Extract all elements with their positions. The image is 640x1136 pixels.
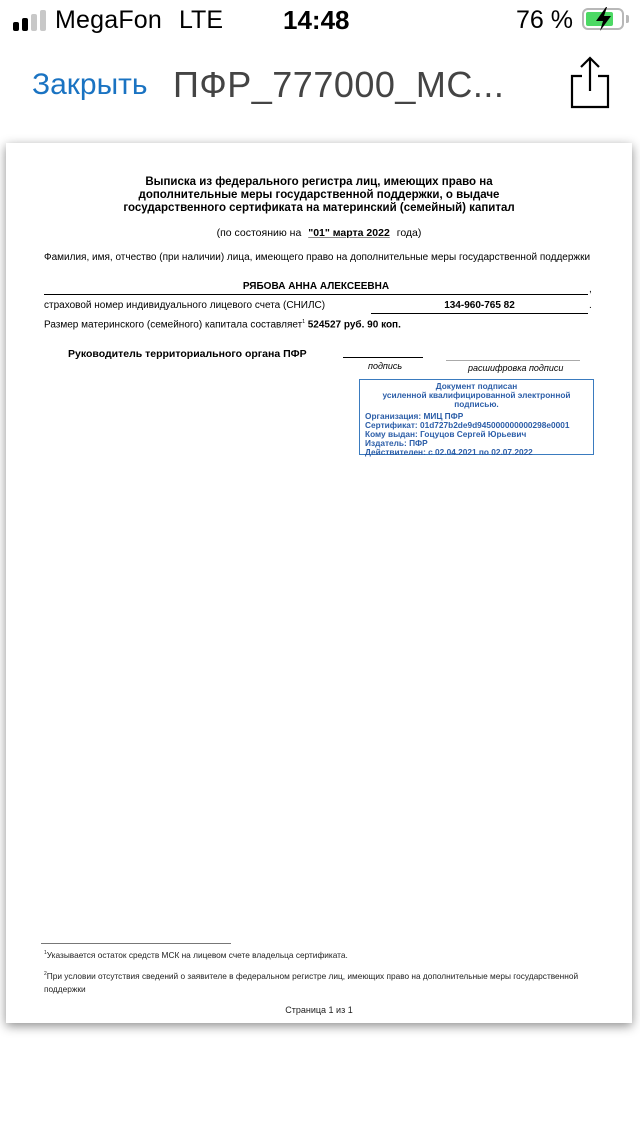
battery-percent: 76 %: [516, 6, 573, 35]
document-page: Выписка из федерального регистра лиц, им…: [6, 143, 632, 1023]
footnote-mark: 1: [302, 319, 305, 325]
capital-line: Размер материнского (семейного) капитала…: [44, 319, 401, 330]
heading-line: Выписка из федерального регистра лиц, им…: [6, 176, 632, 189]
punctuation: ,: [589, 284, 592, 295]
document-title: ПФР_777000_МС...: [173, 64, 504, 106]
navigation-bar: Закрыть ПФР_777000_МС...: [0, 40, 640, 130]
as-of-suffix: года): [397, 227, 422, 239]
signature-decode-caption: расшифровка подписи: [468, 363, 563, 373]
head-role-label: Руководитель территориального органа ПФР: [68, 348, 307, 360]
electronic-signature-stamp: Документ подписан усиленной квалифициров…: [359, 379, 594, 455]
footnote-1: 1Указывается остаток средств МСК на лице…: [44, 950, 348, 960]
signature-decode-line: [446, 360, 580, 361]
fio-value: РЯБОВА АННА АЛЕКСЕЕВНА: [44, 281, 588, 295]
heading-line: государственного сертификата на материнс…: [6, 202, 632, 215]
close-button[interactable]: Закрыть: [32, 68, 148, 102]
snils-label: страховой номер индивидуального лицевого…: [44, 300, 325, 311]
footnote-2: 2При условии отсутствия сведений о заяви…: [44, 968, 604, 996]
stamp-title: Документ подписан усиленной квалифициров…: [365, 382, 588, 409]
capital-label: Размер материнского (семейного) капитала…: [44, 319, 302, 330]
footnote-text: Указывается остаток средств МСК на лицев…: [47, 950, 348, 960]
document-viewer[interactable]: Выписка из федерального регистра лиц, им…: [0, 130, 640, 1136]
stamp-validity: Действителен: с 02.04.2021 по 02.07.2022: [365, 448, 588, 457]
footnote-divider: [41, 943, 231, 944]
capital-amount: 524527 руб. 90 коп.: [308, 319, 401, 330]
signature-caption: подпись: [368, 361, 402, 371]
stamp-title-line: подписью.: [365, 400, 588, 409]
cellular-signal-icon: [13, 11, 49, 31]
signature-line: [343, 357, 423, 358]
as-of-date-line: (по состоянию на "01" марта 2022 года): [6, 227, 632, 239]
punctuation: .: [589, 300, 592, 311]
heading-line: дополнительные меры государственной подд…: [6, 189, 632, 202]
document-heading: Выписка из федерального регистра лиц, им…: [6, 176, 632, 215]
snils-value: 134-960-765 82: [371, 300, 588, 314]
page-number: Страница 1 из 1: [6, 1005, 632, 1015]
as-of-prefix: (по состоянию на: [217, 227, 302, 239]
network-type: LTE: [179, 6, 223, 35]
share-button[interactable]: [568, 54, 612, 110]
status-bar: MegaFon LTE 14:48 76 %: [0, 0, 640, 40]
footnote-text: При условии отсутствия сведений о заявит…: [44, 971, 578, 994]
battery-cap: [626, 15, 629, 23]
as-of-date: "01" марта 2022: [308, 227, 390, 239]
share-icon: [568, 54, 612, 110]
battery-charging-icon: [582, 8, 624, 30]
clock: 14:48: [283, 5, 350, 36]
fio-label: Фамилия, имя, отчество (при наличии) лиц…: [44, 251, 604, 264]
carrier-name: MegaFon: [55, 6, 162, 35]
